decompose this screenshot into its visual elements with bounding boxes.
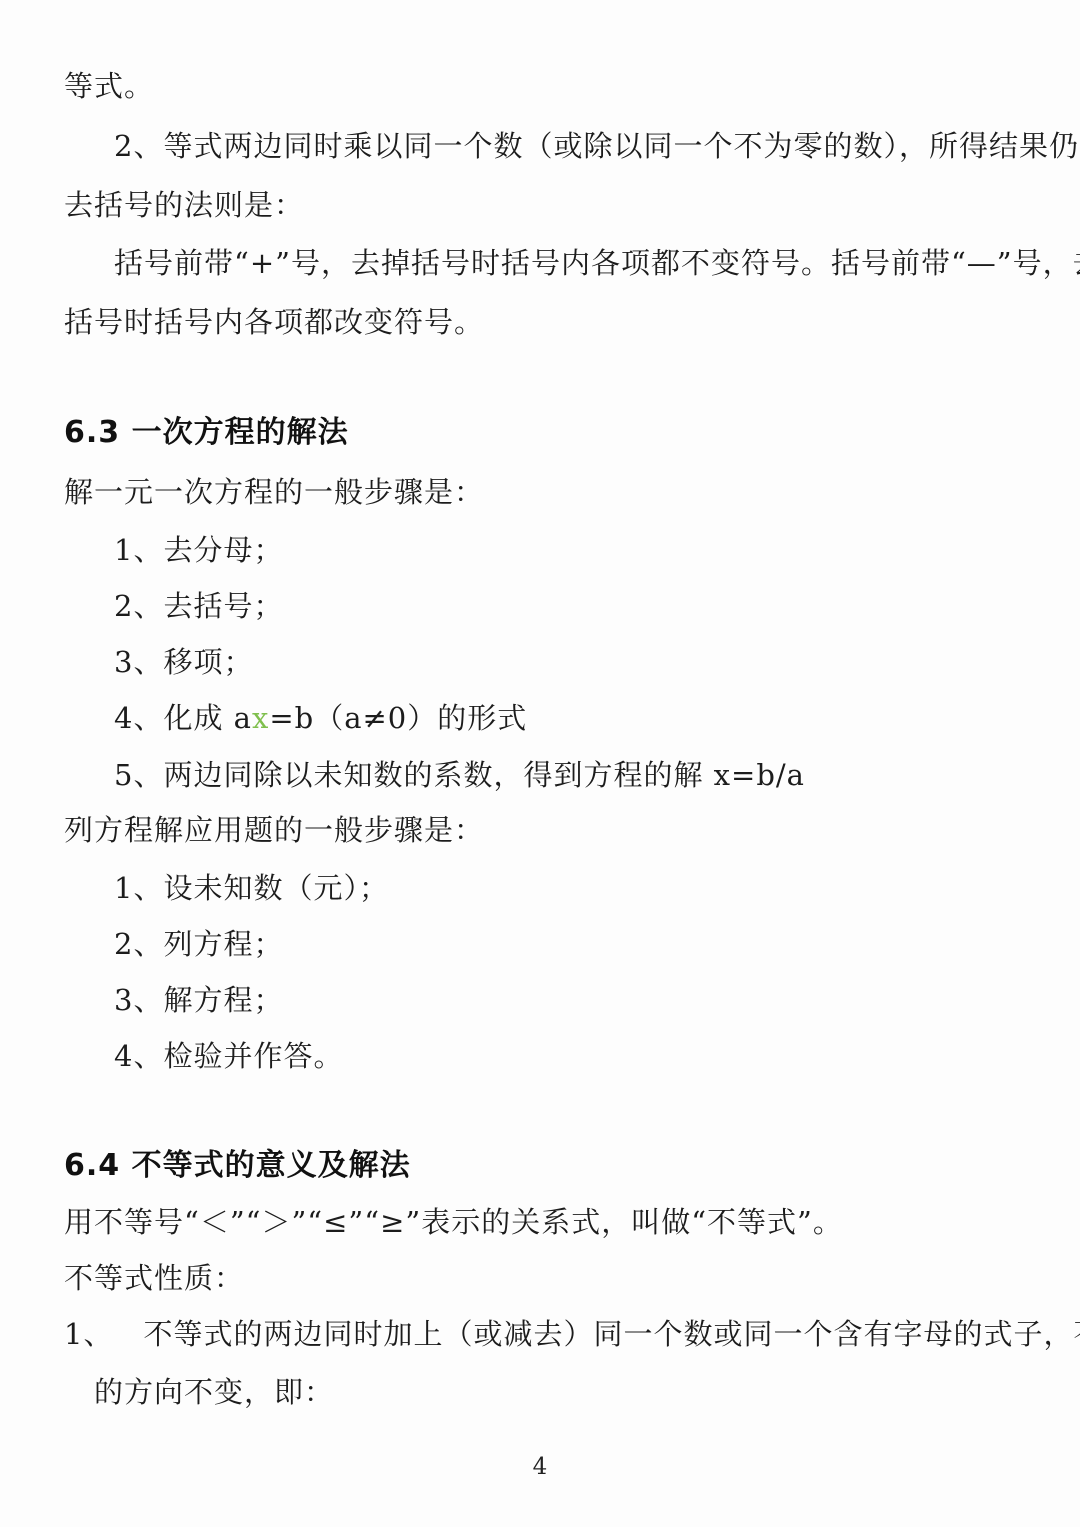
bracket-rule-line2: 括号时括号内各项都改变符号。 [64, 302, 484, 342]
solve-steps-title: 解一元一次方程的一般步骤是： [64, 472, 484, 512]
solve-step-5: 5、两边同除以未知数的系数，得到方程的解 x=b/a [114, 755, 805, 795]
solve-step-4-suffix: =b（a≠0）的形式 [269, 701, 527, 735]
solve-step-1: 1、去分母； [114, 530, 283, 570]
paragraph-equation-continuation: 等式。 [64, 66, 154, 106]
page-number: 4 [0, 1452, 1080, 1482]
inequality-properties-title: 不等式性质： [64, 1258, 244, 1298]
solve-step-3: 3、移项； [114, 642, 253, 682]
inequality-property-1-continuation: 的方向不变，即： [94, 1372, 334, 1412]
word-problem-step-2: 2、列方程； [114, 924, 283, 964]
bracket-rule-line1: 括号前带“+”号，去掉括号时括号内各项都不变符号。括号前带“—”号，去掉 [114, 243, 1080, 283]
inequality-definition: 用不等号“＜”“＞”“≤”“≥”表示的关系式，叫做“不等式”。 [64, 1202, 843, 1242]
equality-rule-2: 2、等式两边同时乘以同一个数（或除以同一个不为零的数），所得结果仍是等式。 [114, 126, 1080, 166]
bracket-rule-title: 去括号的法则是： [64, 185, 304, 225]
inequality-property-1-marker: 1、 [64, 1317, 113, 1351]
section-heading-6-3: 6.3 一次方程的解法 [64, 413, 349, 453]
word-problem-step-3: 3、解方程； [114, 980, 283, 1020]
word-problem-step-1: 1、设未知数（元）； [114, 868, 389, 908]
word-problem-title: 列方程解应用题的一般步骤是： [64, 810, 484, 850]
solve-step-4: 4、化成 ax=b（a≠0）的形式 [114, 698, 527, 738]
word-problem-step-4: 4、检验并作答。 [114, 1036, 343, 1076]
inequality-property-1: 1、不等式的两边同时加上（或减去）同一个数或同一个含有字母的式子，不等号 [64, 1314, 1080, 1354]
solve-step-4-prefix: 4、化成 a [114, 701, 252, 735]
solve-step-4-variable-x: x [252, 701, 269, 735]
inequality-property-1-text: 不等式的两边同时加上（或减去）同一个数或同一个含有字母的式子，不等号 [143, 1317, 1080, 1351]
solve-step-2: 2、去括号； [114, 586, 283, 626]
section-heading-6-4: 6.4 不等式的意义及解法 [64, 1146, 411, 1186]
document-page: 等式。 2、等式两边同时乘以同一个数（或除以同一个不为零的数），所得结果仍是等式… [0, 0, 1080, 1527]
